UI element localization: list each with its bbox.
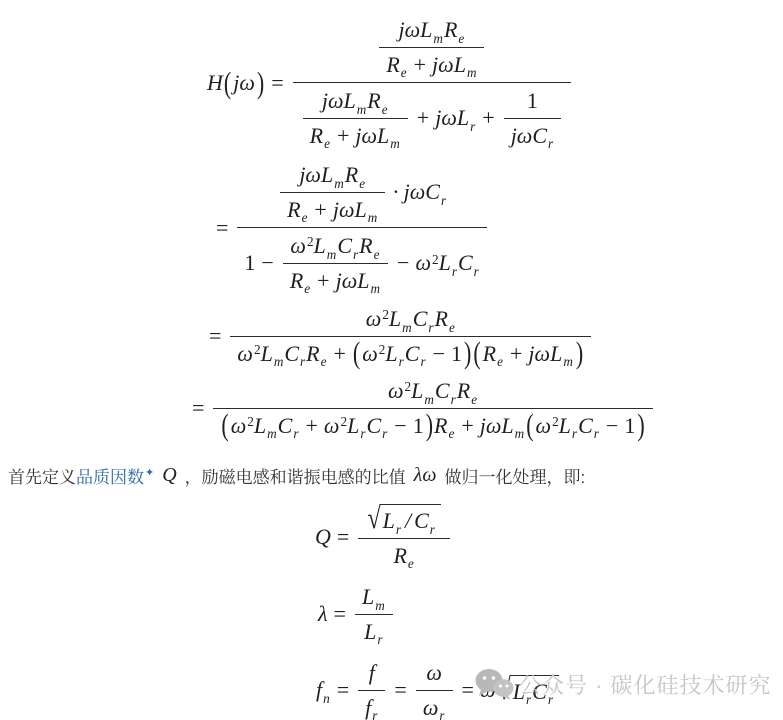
article-page: H(jω)=jωLmReRe+jωLmjωLmReRe+jωLm+jωLr+1j… xyxy=(0,0,783,720)
inline-math-lambda-omega: λω xyxy=(414,464,437,487)
equation-h-jw-line4: =ω2LmCrRe(ω2LmCr+ω2LrCr−1)Re+jωLm(ω2LrCr… xyxy=(186,376,656,440)
link-marker-icon: ✦ xyxy=(145,467,154,479)
equation-quality-factor: Q=√Lr/CrRe xyxy=(315,503,453,570)
quality-factor-link[interactable]: 品质因数✦ xyxy=(76,463,154,488)
paragraph-text-suffix: 做归一化处理，即: xyxy=(444,463,585,488)
watermark: 公众号 · 碳化硅技术研究 xyxy=(474,668,772,700)
quality-factor-link-label: 品质因数 xyxy=(76,468,144,487)
paragraph-text-prefix: 首先定义 xyxy=(8,463,76,488)
inline-math-q: Q xyxy=(162,464,176,487)
paragraph-text-mid: ，励磁电感和谐振电感的比值 xyxy=(185,463,406,488)
transfer-function-derivation: H(jω)=jωLmReRe+jωLmjωLmReRe+jωLm+jωLr+1j… xyxy=(186,14,656,440)
wechat-icon xyxy=(474,668,514,700)
definition-paragraph: 首先定义品质因数✦Q，励磁电感和谐振电感的比值λω做归一化处理，即: xyxy=(8,463,585,488)
equation-h-jw-line2: =jωLmReRe+jωLm·jωCr1−ω2LmCrReRe+jωLm−ω2L… xyxy=(210,159,490,296)
watermark-text: 公众号 · 碳化硅技术研究 xyxy=(519,669,772,700)
equation-inductance-ratio: λ=LmLr xyxy=(318,582,396,646)
equation-h-jw-line3: =ω2LmCrReω2LmCrRe+(ω2LrCr−1)(Re+jωLm) xyxy=(203,304,594,368)
equation-h-jw-line1: H(jω)=jωLmReRe+jωLmjωLmReRe+jωLm+jωLr+1j… xyxy=(207,14,574,151)
